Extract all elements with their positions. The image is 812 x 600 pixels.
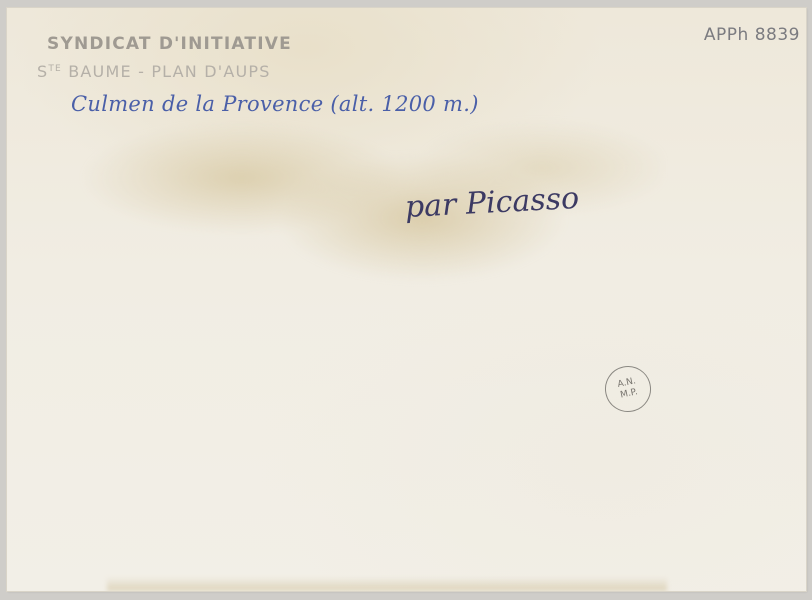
scan-background: SYNDICAT D'INITIATIVE STE BAUME - PLAN D… — [0, 0, 812, 600]
seal-line-2: M.P. — [619, 387, 638, 401]
stamp-location-rest: BAUME - PLAN D'AUPS — [62, 62, 271, 81]
inventory-number: APPh 8839 — [704, 25, 800, 45]
handwritten-caption: Culmen de la Provence (alt. 1200 m.) — [71, 92, 479, 116]
stamp-location-prefix: S — [37, 62, 48, 81]
stamp-syndicat-initiative: SYNDICAT D'INITIATIVE — [47, 34, 292, 54]
bottom-edge-stain — [107, 577, 667, 591]
stamp-location: STE BAUME - PLAN D'AUPS — [37, 62, 271, 81]
stamp-location-superscript: TE — [48, 64, 62, 74]
photograph-verso: SYNDICAT D'INITIATIVE STE BAUME - PLAN D… — [7, 8, 806, 591]
